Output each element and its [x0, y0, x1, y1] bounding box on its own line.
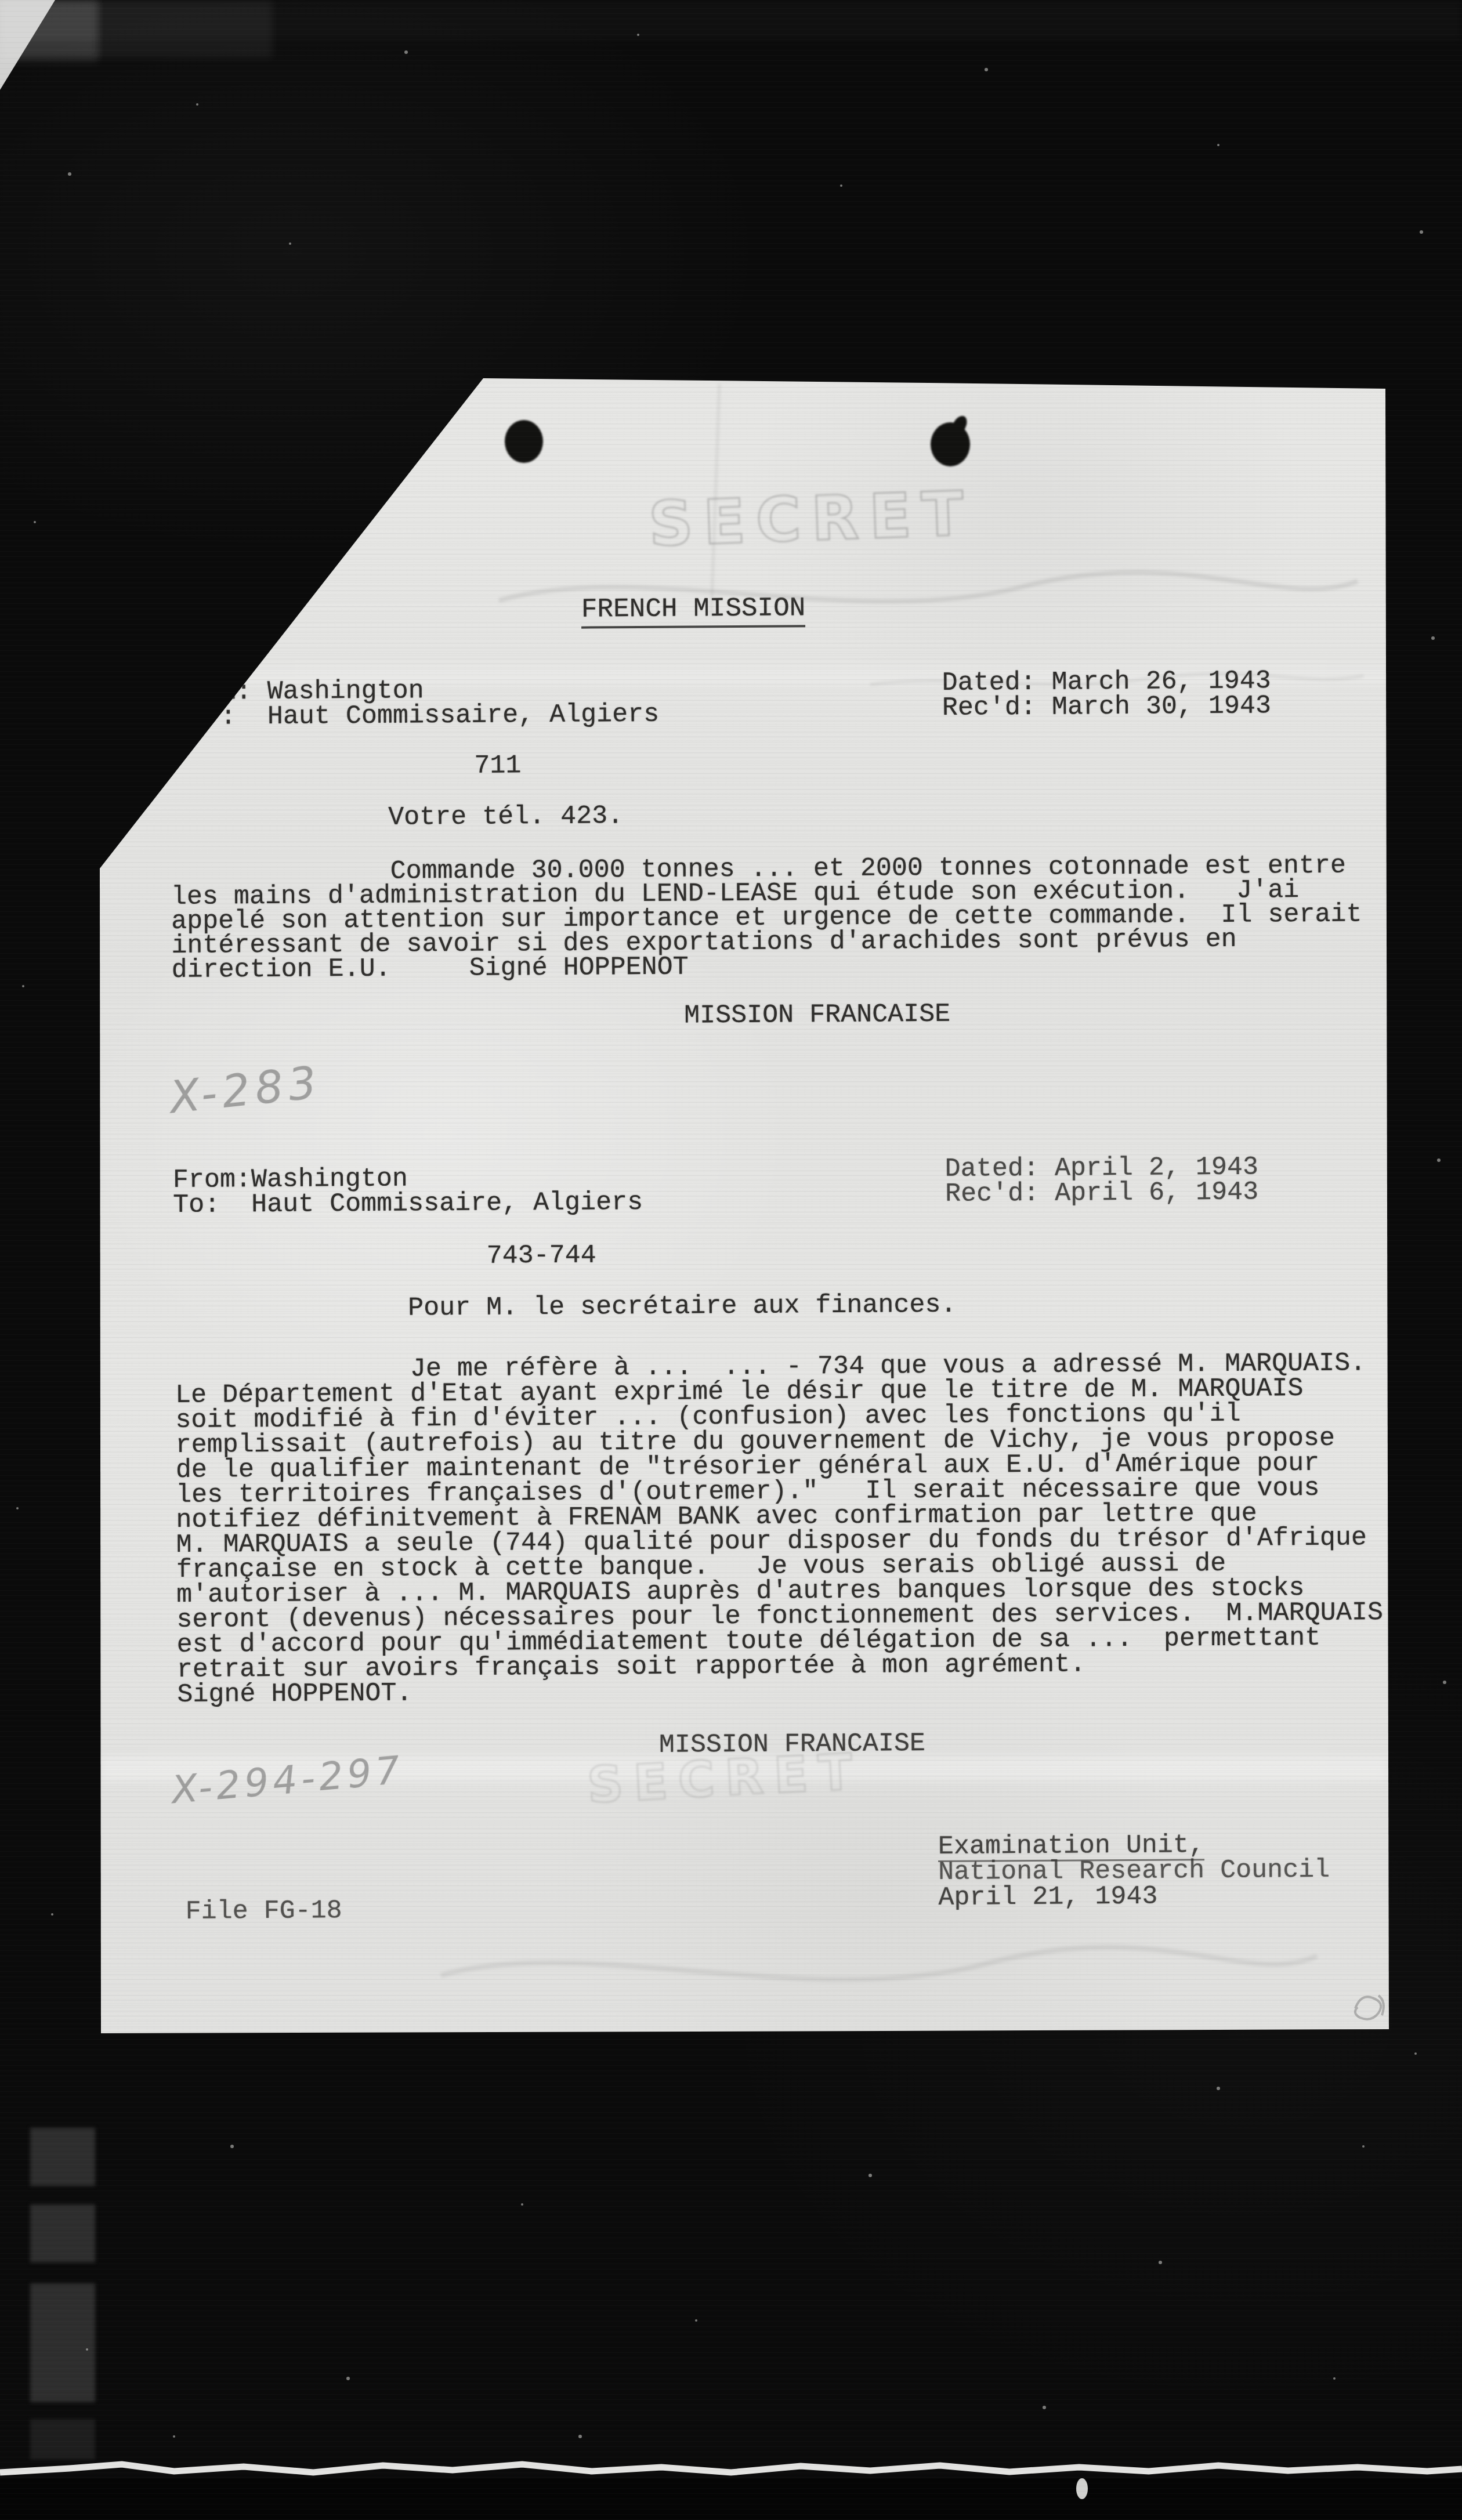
message2-routing: From:WashingtonTo: Haut Commissaire, Alg…: [173, 1165, 643, 1218]
message2-dates: Dated: April 2, 1943Rec'd: April 6, 1943: [945, 1155, 1259, 1207]
document-page: SECRET SECRET FRENCH MISSION m: Washingt…: [0, 0, 1462, 2520]
pencil-annotation-1: X-283: [167, 1056, 324, 1124]
footer-file-number: File FG-18: [185, 1898, 342, 1924]
footer-unit: Examination Unit,: [938, 1833, 1204, 1862]
film-sprocket-mark: [30, 2204, 95, 2262]
page-title: FRENCH MISSION: [581, 596, 806, 628]
secret-ghost-stamp: SECRET: [586, 1743, 864, 1815]
message1-dated: Dated: March 26, 1943: [942, 666, 1271, 697]
message1-reference: Votre tél. 423.: [388, 803, 623, 830]
scan-light-band: [100, 668, 1389, 683]
film-edge-line: [0, 2464, 1462, 2472]
footer-date: April 21, 1943: [938, 1884, 1157, 1910]
hole-punch-icon: [931, 422, 970, 466]
message2-to: To: Haut Commissaire, Algiers: [173, 1187, 643, 1220]
message1-to: : Haut Commissaire, Algiers: [220, 700, 659, 732]
message1-dates: Dated: March 26, 1943Rec'd: March 30, 19…: [942, 668, 1272, 720]
message2-signature-org: MISSION FRANCAISE: [659, 1731, 925, 1758]
message1-body: Commande 30.000 tonnes ... et 2000 tonne…: [171, 853, 1363, 983]
message1-from: m: Washington: [220, 676, 424, 707]
message1-routing: m: Washington: Haut Commissaire, Algiers: [220, 677, 660, 730]
message2-body: Je me réfère à ... ... - 734 que vous a …: [175, 1350, 1384, 1707]
pencil-annotation-2: X-294-297: [169, 1748, 406, 1813]
message2-from: From:Washington: [173, 1164, 408, 1195]
message2-dated: Dated: April 2, 1943: [945, 1153, 1258, 1184]
film-sprocket-mark: [30, 2283, 95, 2402]
message1-received: Rec'd: March 30, 1943: [942, 691, 1271, 722]
secret-ghost-stamp: SECRET: [647, 477, 975, 560]
microfilm-frame: SECRET SECRET FRENCH MISSION m: Washingt…: [0, 0, 1462, 2520]
message1-number: 711: [474, 753, 521, 778]
message1-signature-org: MISSION FRANCAISE: [684, 1002, 950, 1029]
message2-received: Rec'd: April 6, 1943: [945, 1178, 1258, 1209]
film-streak: [0, 0, 1462, 41]
hole-punch-icon: [505, 420, 543, 463]
film-sprocket-mark: [30, 2419, 95, 2460]
film-sprocket-mark: [30, 2128, 95, 2186]
scan-light-band: [100, 1757, 1389, 1781]
typed-text-layer: FRENCH MISSION m: Washington: Haut Commi…: [0, 0, 1462, 2520]
ghost-writing-marks: [0, 0, 1462, 2520]
message2-salutation: Pour M. le secrétaire aux finances.: [408, 1292, 956, 1321]
footer-org: National Research Council: [938, 1858, 1330, 1885]
message2-number: 743-744: [487, 1243, 596, 1269]
